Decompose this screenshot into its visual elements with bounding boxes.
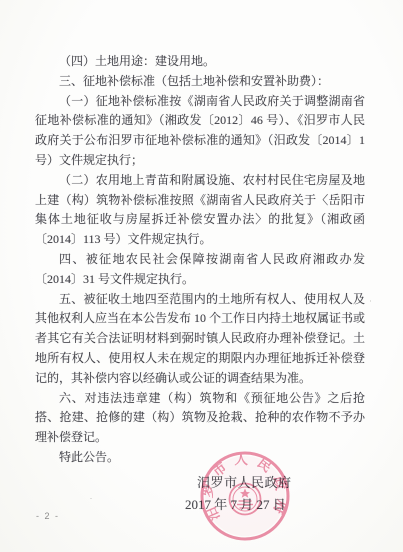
official-seal: 汨罗市人民政府 [199, 450, 291, 542]
scan-speck [320, 120, 322, 122]
notice-paragraph: 五、被征收土地四至范围内的土地所有权人、使用权人及其他权利人应当在本公告发布 1… [35, 290, 365, 389]
notice-paragraph: （四）土地用途：建设用地。 [35, 52, 365, 72]
notice-paragraph: 六、对违法违章建（构）筑物和《预征地公告》之后抢搭、抢建、抢修的建（构）筑物及抢… [35, 389, 365, 448]
notice-paragraph: 三、征地补偿标准（包括土地补偿和安置补助费）： [35, 72, 365, 92]
notice-paragraph: （一）征地补偿标准按《湖南省人民政府关于调整湖南省征地补偿标准的通知》（湘政发〔… [35, 92, 365, 171]
notice-paragraph: （二）农用地上青苗和附属设施、农村村民住宅房屋及地上建（构）筑物补偿标准按照《湖… [35, 171, 365, 250]
scan-speck [90, 498, 92, 499]
notice-body: （四）土地用途：建设用地。 三、征地补偿标准（包括土地补偿和安置补助费）： （一… [35, 52, 365, 468]
document-page: （四）土地用途：建设用地。 三、征地补偿标准（包括土地补偿和安置补助费）： （一… [0, 0, 403, 552]
scan-speck [370, 300, 371, 302]
notice-paragraph: 四、被征地农民社会保障按湖南省人民政府湘政办发〔2014〕31 号文件规定执行。 [35, 250, 365, 290]
page-number: - 2 - [36, 511, 60, 521]
